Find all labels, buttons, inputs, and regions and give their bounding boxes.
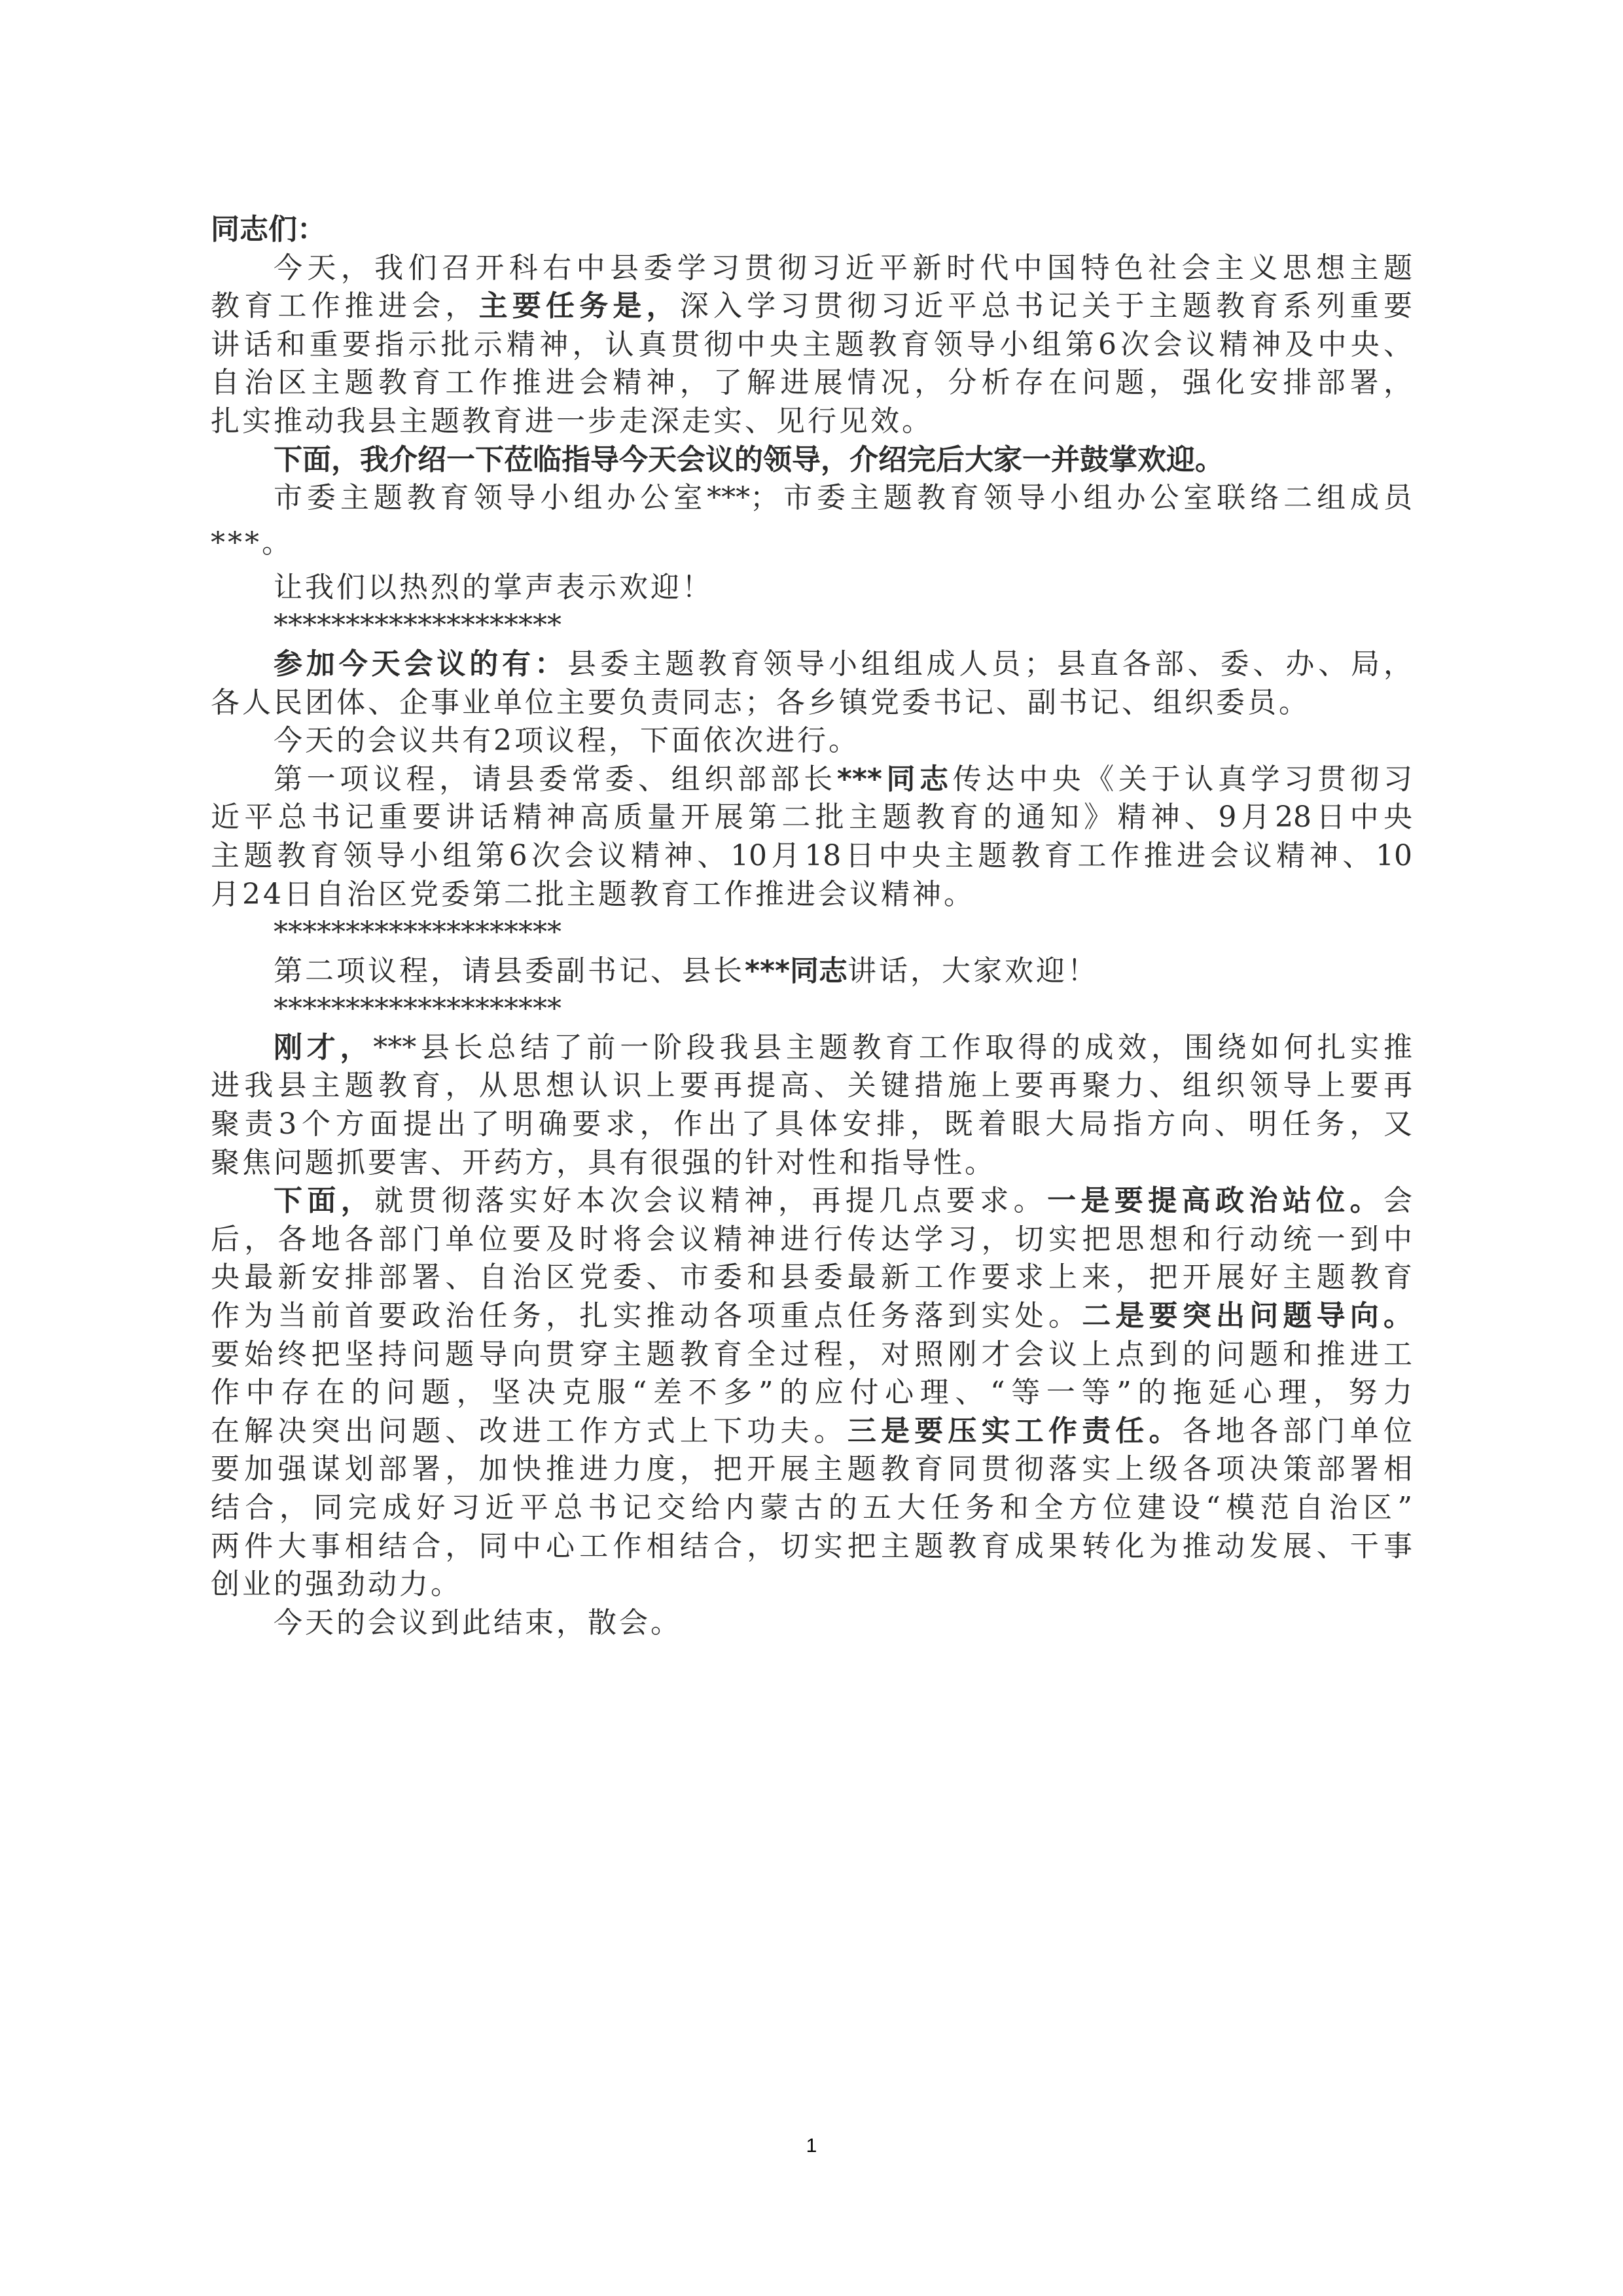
text-run: 创业的强劲动力。 xyxy=(211,1568,462,1601)
text-run: 市委主题教育领导小组办公室***；市委主题教育领导小组办公室联络二组成员 xyxy=(274,481,1412,514)
paragraph-opening: 今天，我们召开科右中县委学习贯彻习近平新时代中国特色社会主义思想主题 教育工作推… xyxy=(211,249,1412,441)
text-line: 教育工作推进会，主要任务是，深入学习贯彻习近平总书记关于主题教育系列重要 xyxy=(211,287,1412,326)
paragraph-leader-list: 市委主题教育领导小组办公室***；市委主题教育领导小组办公室联络二组成员 ***… xyxy=(211,479,1412,569)
text-run: 两件大事相结合，同中心工作相结合，切实把主题教育成果转化为推动发展、干事 xyxy=(211,1530,1412,1563)
text-line: 聚焦问题抓要害、开药方，具有很强的针对性和指导性。 xyxy=(211,1144,1412,1183)
text-line: 自治区主题教育工作推进会精神，了解进展情况，分析存在问题，强化安排部署， xyxy=(211,364,1412,403)
text-run: 县委主题教育领导小组组成人员；县直各部、委、办、局， xyxy=(567,647,1412,681)
text-run: 会 xyxy=(1383,1184,1412,1217)
text-line: 聚责3个方面提出了明确要求，作出了具体安排，既着眼大局指方向、明任务，又 xyxy=(211,1105,1412,1144)
document-page: 同志们： 今天，我们召开科右中县委学习贯彻习近平新时代中国特色社会主义思想主题 … xyxy=(0,0,1623,2296)
paragraph-summary: 刚才，***县长总结了前一阶段我县主题教育工作取得的成效，围绕如何扎实推 进我县… xyxy=(211,1029,1412,1182)
text-run: 第二项议程，请县委副书记、县长 xyxy=(274,954,745,988)
text-run: 月24日自治区党委第二批主题教育工作推进会议精神。 xyxy=(211,878,975,911)
text-line: 今天的会议到此结束，散会。 xyxy=(211,1604,1412,1643)
paragraph-agenda-item-2: 第二项议程，请县委副书记、县长***同志讲话，大家欢迎！ xyxy=(211,952,1412,991)
text-run: 进我县主题教育，从思想认识上要再提高、关键措施上要再聚力、组织领导上要再 xyxy=(211,1069,1412,1102)
text-run: 讲话，大家欢迎！ xyxy=(847,954,1099,988)
text-line: ***。 xyxy=(211,518,1412,569)
text-run: 教育工作推进会， xyxy=(211,289,479,323)
page-number: 1 xyxy=(0,2135,1623,2157)
paragraph-agenda-count: 今天的会议共有2项议程，下面依次进行。 xyxy=(211,722,1412,761)
text-line: 让我们以热烈的掌声表示欢迎！ xyxy=(211,569,1412,607)
text-run: 近平总书记重要讲话精神高质量开展第二批主题教育的通知》精神、9月28日中央 xyxy=(211,800,1412,834)
text-run: 深入学习贯彻习近平总书记关于主题教育系列重要 xyxy=(680,289,1412,323)
separator-stars: ******************** xyxy=(211,607,1412,645)
text-run: 结合，同完成好习近平总书记交给内蒙古的五大任务和全方位建设“模范自治区” xyxy=(211,1491,1412,1524)
paragraph-agenda-item-1: 第一项议程，请县委常委、组织部部长***同志传达中央《关于认真学习贯彻习 近平总… xyxy=(211,761,1412,914)
text-line: 第二项议程，请县委副书记、县长***同志讲话，大家欢迎！ xyxy=(211,952,1412,991)
text-run: 第一项议程，请县委常委、组织部部长 xyxy=(274,762,837,796)
text-line: 主题教育领导小组第6次会议精神、10月18日中央主题教育工作推进会议精神、10 xyxy=(211,837,1412,876)
text-line: 要始终把坚持问题导向贯穿主题教育全过程，对照刚才会议上点到的问题和推进工 xyxy=(211,1336,1412,1374)
text-line: 参加今天会议的有：县委主题教育领导小组组成人员；县直各部、委、办、局， xyxy=(211,645,1412,684)
text-line: 进我县主题教育，从思想认识上要再提高、关键措施上要再聚力、组织领导上要再 xyxy=(211,1067,1412,1105)
text-run: 扎实推动我县主题教育进一步走深走实、见行见效。 xyxy=(211,404,933,438)
text-line: 下面，就贯彻落实好本次会议精神，再提几点要求。一是要提高政治站位。会 xyxy=(211,1182,1412,1221)
text-line: 今天的会议共有2项议程，下面依次进行。 xyxy=(211,722,1412,761)
text-run: 各人民团体、企事业单位主要负责同志；各乡镇党委书记、副书记、组织委员。 xyxy=(211,686,1310,719)
paragraph-requirements: 下面，就贯彻落实好本次会议精神，再提几点要求。一是要提高政治站位。会 后，各地各… xyxy=(211,1182,1412,1604)
bold-run: 下面，我介绍一下莅临指导今天会议的领导，介绍完后大家一并鼓掌欢迎。 xyxy=(274,443,1224,476)
bold-run: ***同志 xyxy=(837,762,953,796)
paragraph-welcome: 让我们以热烈的掌声表示欢迎！ xyxy=(211,569,1412,607)
document-body: 同志们： 今天，我们召开科右中县委学习贯彻习近平新时代中国特色社会主义思想主题 … xyxy=(211,211,1412,1642)
text-run: ******************** xyxy=(274,992,562,1026)
text-line: 结合，同完成好习近平总书记交给内蒙古的五大任务和全方位建设“模范自治区” xyxy=(211,1489,1412,1528)
text-run: 今天，我们召开科右中县委学习贯彻习近平新时代中国特色社会主义思想主题 xyxy=(274,251,1412,285)
text-run: 就贯彻落实好本次会议精神，再提几点要求。 xyxy=(374,1184,1047,1217)
text-run: 作中存在的问题，坚决克服“差不多”的应付心理、“等一等”的拖延心理，努力 xyxy=(211,1376,1412,1409)
text-line: 市委主题教育领导小组办公室***；市委主题教育领导小组办公室联络二组成员 xyxy=(211,479,1412,518)
text-run: 央最新安排部署、自治区党委、市委和县委最新工作要求上来，把开展好主题教育 xyxy=(211,1261,1412,1294)
text-run: 讲话和重要指示批示精神，认真贯彻中央主题教育领导小组第6次会议精神及中央、 xyxy=(211,328,1412,361)
text-line: ******************** xyxy=(211,607,1412,645)
text-run: ******************** xyxy=(274,916,562,949)
text-run: ******************** xyxy=(274,609,562,642)
text-run: ***县长总结了前一阶段我县主题教育工作取得的成效，围绕如何扎实推 xyxy=(373,1031,1412,1064)
text-run: 今天的会议共有2项议程，下面依次进行。 xyxy=(274,724,860,757)
text-line: 今天，我们召开科右中县委学习贯彻习近平新时代中国特色社会主义思想主题 xyxy=(211,249,1412,288)
bold-run: 一是要提高政治站位。 xyxy=(1047,1184,1383,1217)
text-line: ******************** xyxy=(211,990,1412,1029)
bold-run: 主要任务是， xyxy=(479,289,680,323)
text-line: 刚才，***县长总结了前一阶段我县主题教育工作取得的成效，围绕如何扎实推 xyxy=(211,1029,1412,1067)
text-line: 第一项议程，请县委常委、组织部部长***同志传达中央《关于认真学习贯彻习 xyxy=(211,761,1412,799)
bold-run: 参加今天会议的有： xyxy=(274,647,567,681)
text-run: 聚焦问题抓要害、开药方，具有很强的针对性和指导性。 xyxy=(211,1146,996,1179)
text-run: 作为当前首要政治任务，扎实推动各项重点任务落到实处。 xyxy=(211,1299,1082,1333)
bold-run: 三是要压实工作责任。 xyxy=(847,1414,1183,1448)
text-line: 下面，我介绍一下莅临指导今天会议的领导，介绍完后大家一并鼓掌欢迎。 xyxy=(211,441,1412,480)
text-line: 后，各地各部门单位要及时将会议精神进行传达学习，切实把思想和行动统一到中 xyxy=(211,1221,1412,1259)
text-line: 两件大事相结合，同中心工作相结合，切实把主题教育成果转化为推动发展、干事 xyxy=(211,1528,1412,1566)
text-line: 要加强谋划部署，加快推进力度，把开展主题教育同贯彻落实上级各项决策部署相 xyxy=(211,1450,1412,1489)
bold-run: ***同志 xyxy=(745,954,847,988)
text-line: 扎实推动我县主题教育进一步走深走实、见行见效。 xyxy=(211,403,1412,441)
text-run: ***。 xyxy=(211,526,293,560)
separator-stars: ******************** xyxy=(211,914,1412,952)
text-line: 月24日自治区党委第二批主题教育工作推进会议精神。 xyxy=(211,876,1412,914)
bold-run: 下面， xyxy=(274,1184,374,1217)
text-run: 自治区主题教育工作推进会精神，了解进展情况，分析存在问题，强化安排部署， xyxy=(211,366,1412,399)
text-run: 主题教育领导小组第6次会议精神、10月18日中央主题教育工作推进会议精神、10 xyxy=(211,839,1412,872)
text-line: 创业的强劲动力。 xyxy=(211,1566,1412,1604)
separator-stars: ******************** xyxy=(211,990,1412,1029)
text-run: 各地各部门单位 xyxy=(1183,1414,1412,1448)
text-line: 近平总书记重要讲话精神高质量开展第二批主题教育的通知》精神、9月28日中央 xyxy=(211,798,1412,837)
paragraph-attendees: 参加今天会议的有：县委主题教育领导小组组成人员；县直各部、委、办、局， 各人民团… xyxy=(211,645,1412,722)
text-line: ******************** xyxy=(211,914,1412,952)
text-line: 作为当前首要政治任务，扎实推动各项重点任务落到实处。二是要突出问题导向。 xyxy=(211,1297,1412,1336)
text-line: 讲话和重要指示批示精神，认真贯彻中央主题教育领导小组第6次会议精神及中央、 xyxy=(211,326,1412,365)
text-run: 要始终把坚持问题导向贯穿主题教育全过程，对照刚才会议上点到的问题和推进工 xyxy=(211,1338,1412,1371)
bold-run: 二是要突出问题导向。 xyxy=(1082,1299,1412,1333)
text-run: 在解决突出问题、改进工作方式上下功夫。 xyxy=(211,1414,847,1448)
text-run: 后，各地各部门单位要及时将会议精神进行传达学习，切实把思想和行动统一到中 xyxy=(211,1223,1412,1256)
text-run: 传达中央《关于认真学习贯彻习 xyxy=(953,762,1412,796)
text-run: 今天的会议到此结束，散会。 xyxy=(274,1606,682,1640)
text-line: 各人民团体、企事业单位主要负责同志；各乡镇党委书记、副书记、组织委员。 xyxy=(211,684,1412,723)
bold-run: 刚才， xyxy=(274,1031,373,1064)
paragraph-introduce-leaders: 下面，我介绍一下莅临指导今天会议的领导，介绍完后大家一并鼓掌欢迎。 xyxy=(211,441,1412,480)
text-run: 要加强谋划部署，加快推进力度，把开展主题教育同贯彻落实上级各项决策部署相 xyxy=(211,1452,1412,1486)
paragraph-closing: 今天的会议到此结束，散会。 xyxy=(211,1604,1412,1643)
salutation: 同志们： xyxy=(211,211,1412,249)
text-run: 让我们以热烈的掌声表示欢迎！ xyxy=(274,571,713,604)
text-run: 聚责3个方面提出了明确要求，作出了具体安排，既着眼大局指方向、明任务，又 xyxy=(211,1107,1412,1141)
text-line: 在解决突出问题、改进工作方式上下功夫。三是要压实工作责任。各地各部门单位 xyxy=(211,1412,1412,1451)
text-line: 央最新安排部署、自治区党委、市委和县委最新工作要求上来，把开展好主题教育 xyxy=(211,1259,1412,1297)
text-line: 作中存在的问题，坚决克服“差不多”的应付心理、“等一等”的拖延心理，努力 xyxy=(211,1374,1412,1412)
